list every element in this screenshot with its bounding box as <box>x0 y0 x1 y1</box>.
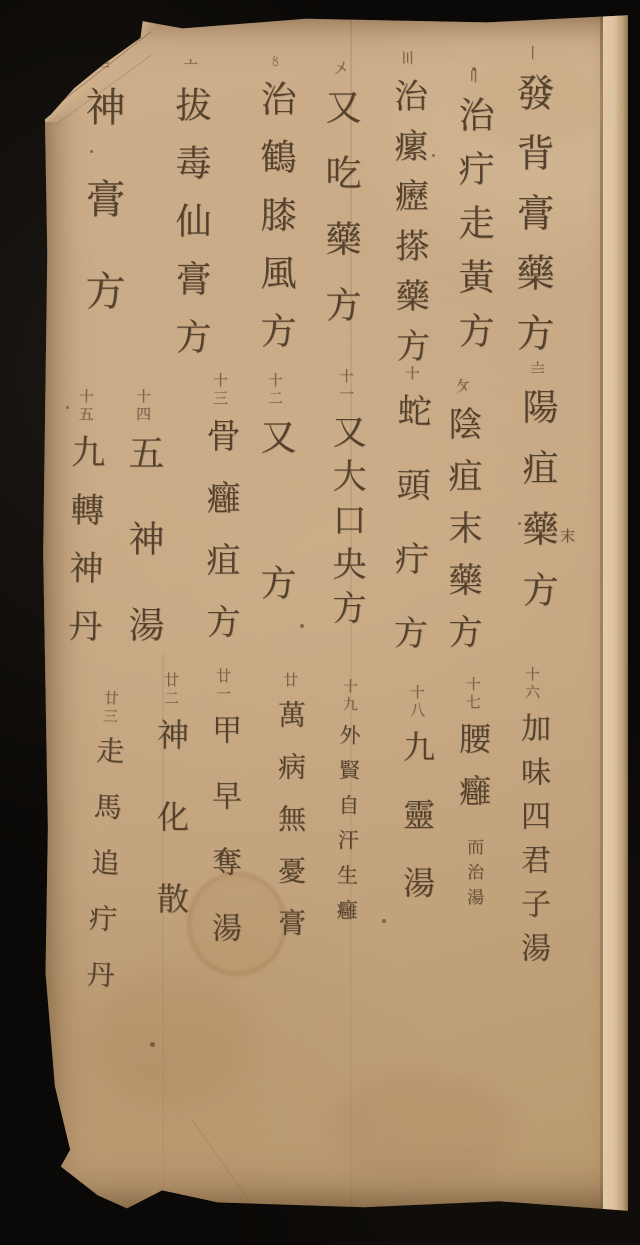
ink-speck <box>150 1042 155 1047</box>
entry-column: 廿萬病無憂膏 <box>270 672 310 960</box>
paper-stain <box>332 1074 512 1184</box>
photo-backdrop: 〡發背膏藥方〢治疔走黃方〣治瘰癧搽藥方〤又吃藥方〥治鶴膝風方〦拔毒仙膏方〧神膏方… <box>0 0 640 1245</box>
entry-title-text: 骨癰疽方 <box>200 418 240 666</box>
entry-number-marker: 廿一 <box>214 668 232 704</box>
entry-column: 〸八九靈湯 <box>394 684 440 934</box>
manuscript-page: 〡發背膏藥方〢治疔走黃方〣治瘰癧搽藥方〤又吃藥方〥治鶴膝風方〦拔毒仙膏方〧神膏方… <box>42 14 628 1212</box>
ink-speck <box>382 919 386 923</box>
entry-column: 〤又吃藥方 <box>315 60 366 352</box>
entry-title-text: 走馬追疔丹 <box>81 735 126 1016</box>
entry-column: 廿一甲早奪湯 <box>201 668 245 978</box>
entry-column: 〸六加味四君子湯 <box>510 666 554 976</box>
sub-note: 而治湯 <box>463 838 483 913</box>
page-edge-stack <box>603 14 628 1212</box>
entry-title-text: 腰癰 <box>454 722 492 826</box>
entry-number-marker: 廿 <box>281 672 299 690</box>
entry-title-text: 九靈湯 <box>398 730 436 934</box>
entry-title-text: 陽疽藥方 <box>517 388 558 632</box>
entry-title-text: 陰疽末藥方 <box>442 406 482 666</box>
entry-number-marker: 〸四 <box>134 388 152 424</box>
entry-column: 〸四五神湯 <box>118 388 169 692</box>
entry-column: 〸蛇頭疔方 <box>382 365 437 690</box>
entry-column: 〢治疔走黃方 <box>448 68 499 366</box>
entry-title-text: 甲早奪湯 <box>206 714 241 978</box>
entry-column: 〥治鶴膝風方 <box>250 52 301 370</box>
entry-number-marker: 〸 <box>403 365 421 383</box>
entry-column: 〩陰疽末藥方 <box>438 378 487 666</box>
entry-number-marker: 〥 <box>266 52 284 70</box>
entry-number-marker: 〢 <box>464 68 482 86</box>
entry-number-marker: 〸九 <box>340 678 359 714</box>
entry-title-text: 又大口央方 <box>326 414 366 634</box>
entry-column: 〸三骨癰疽方 <box>196 372 245 666</box>
entry-title-text: 加味四君子湯 <box>515 712 550 976</box>
entry-column: 〧神膏方 <box>74 58 131 362</box>
entry-number-marker: 〣 <box>398 50 416 68</box>
entry-number-marker: 廿三 <box>100 690 120 727</box>
entry-title-text: 治瘰癧搽藥方 <box>387 78 430 378</box>
entry-number-marker: 〤 <box>331 60 349 78</box>
entry-title-text: 神膏方 <box>79 86 125 362</box>
entry-title-text: 九轉神丹 <box>61 434 105 667</box>
entry-number-marker: 〦 <box>181 58 199 76</box>
entry-number-marker: 〩 <box>453 378 471 396</box>
entry-title-text: 五神湯 <box>123 434 164 692</box>
entry-title-text: 神化散 <box>152 718 190 964</box>
entry-title-text: 治鶴膝風方 <box>255 80 296 370</box>
entry-number-marker: 廿二 <box>162 672 180 708</box>
entry-title-text: 發背膏藥方 <box>510 73 554 373</box>
entry-number-marker: 〸五 <box>76 388 95 424</box>
entry-column: 〸二又方 <box>250 372 301 710</box>
entry-column: 〸七腰癰而治湯 <box>450 676 496 913</box>
entry-title-text: 治疔走黃方 <box>453 96 494 366</box>
entry-title-text: 蛇頭疔方 <box>386 393 431 690</box>
interlinear-note: 末 <box>557 528 578 545</box>
entry-column: 〸九外賢自汗生癰 <box>331 678 365 934</box>
entry-column: 廿三走馬追疔丹 <box>77 689 131 1016</box>
entry-column: 〡發背膏藥方 <box>505 45 560 373</box>
entry-number-marker: 〡 <box>523 45 541 63</box>
entry-number-marker: 〸一 <box>337 368 355 404</box>
entry-column: 〦拔毒仙膏方 <box>165 58 216 376</box>
entry-title-text: 拔毒仙膏方 <box>170 86 211 376</box>
entry-number-marker: 〸八 <box>408 684 426 720</box>
entry-column: 廿二神化散 <box>148 672 194 964</box>
entry-number-marker: 〸六 <box>523 666 541 702</box>
entry-title-text: 外賢自汗生癰 <box>334 724 362 934</box>
entry-title-text: 又方 <box>255 418 296 710</box>
entry-column: 〸五九轉神丹 <box>57 388 111 667</box>
entry-number-marker: 〧 <box>93 58 111 76</box>
entry-title-text: 萬病無憂膏 <box>274 700 307 960</box>
entry-number-marker: 〨 <box>528 360 546 378</box>
entry-number-marker: 〸七 <box>464 676 482 712</box>
entry-column: 〣治瘰癧搽藥方 <box>383 50 435 378</box>
entry-title-text: 又吃藥方 <box>320 88 361 352</box>
entry-column: 〸一又大口央方 <box>322 368 371 634</box>
entry-number-marker: 〸二 <box>266 372 284 408</box>
entry-number-marker: 〸三 <box>211 372 229 408</box>
entry-column: 〨陽疽藥方末 <box>512 360 563 632</box>
fold-crease <box>192 1119 267 1226</box>
